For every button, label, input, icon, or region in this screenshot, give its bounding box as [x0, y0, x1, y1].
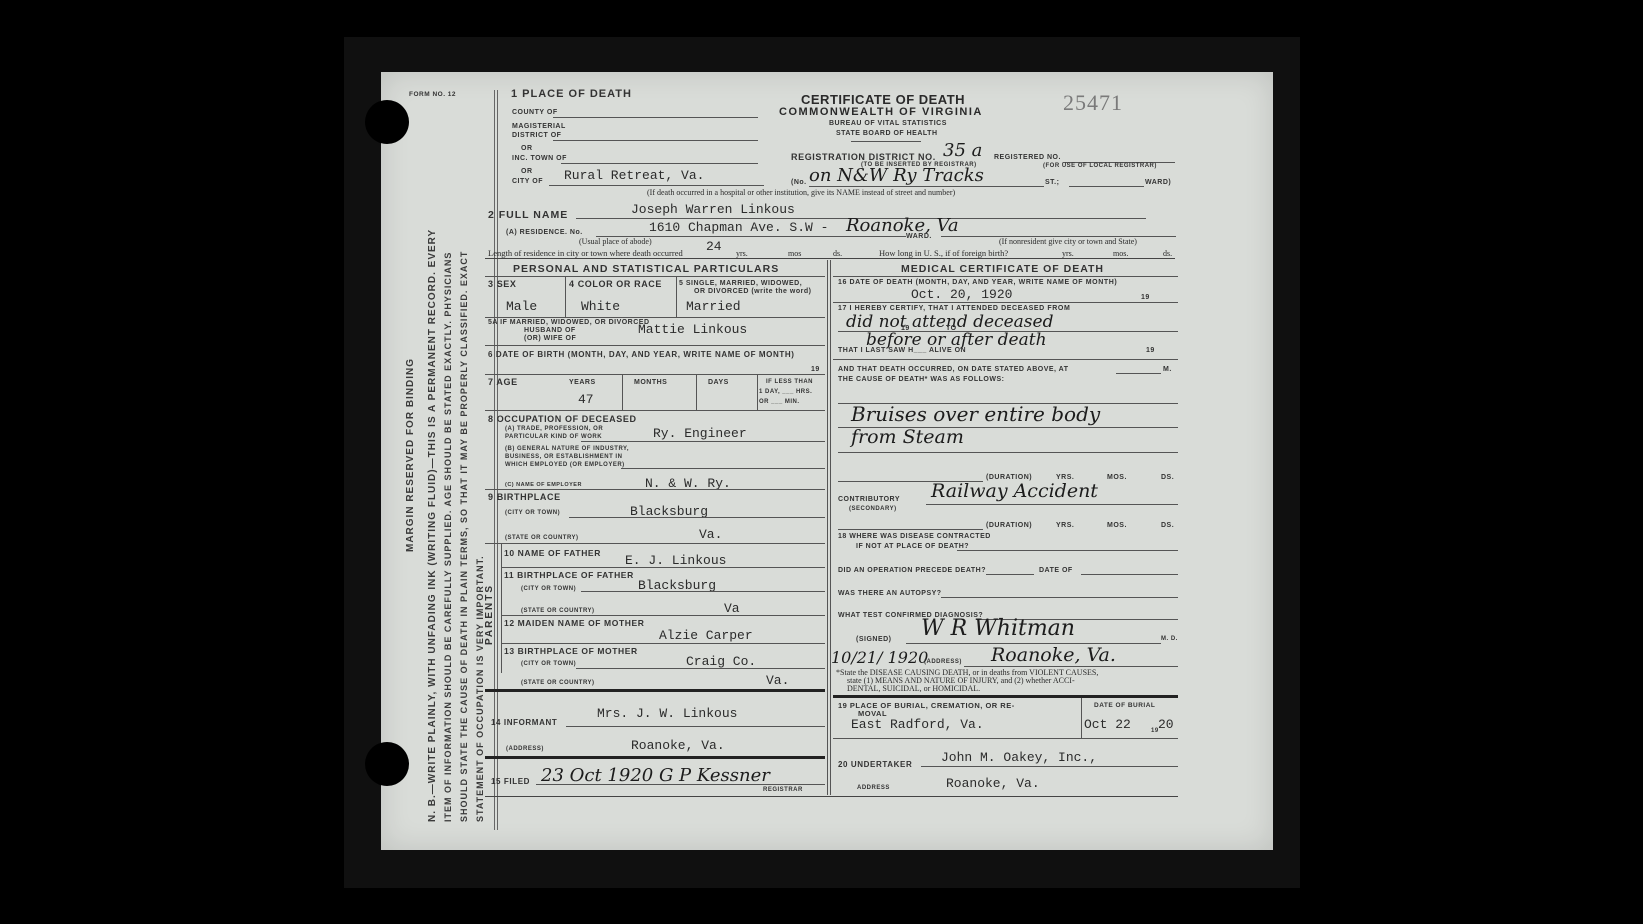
abode-note: (Usual place of abode) — [579, 237, 652, 246]
medical-heading: MEDICAL CERTIFICATE OF DEATH — [901, 263, 1104, 275]
dob-label: 6 DATE OF BIRTH (MONTH, DAY, AND YEAR, W… — [488, 350, 795, 359]
length-residence-label: Length of residence in city or town wher… — [488, 248, 683, 258]
sex-label: 3 SEX — [488, 279, 517, 289]
dod-19: 19 — [1141, 294, 1150, 301]
mos-label: MOS. — [1107, 522, 1127, 529]
column-divider — [827, 260, 828, 795]
date-of-death-value: Oct. 20, 1920 — [911, 287, 1012, 302]
column-divider — [830, 260, 831, 795]
mother-city-value: Craig Co. — [686, 654, 756, 669]
parents-divider — [501, 543, 502, 673]
or-label: OR — [521, 145, 533, 152]
cell-divider — [696, 374, 697, 410]
filed-label: 15 FILED — [491, 777, 530, 786]
occupation-line — [581, 441, 825, 442]
length-residence-years: 24 — [706, 239, 722, 254]
industry-line — [621, 468, 825, 469]
undertaker-label: 20 UNDERTAKER — [838, 760, 912, 769]
rule — [485, 374, 825, 375]
foreign-birth-label: How long in U. S., if of foreign birth? — [879, 248, 1008, 258]
cause-label: THE CAUSE OF DEATH* WAS AS FOLLOWS: — [838, 376, 1004, 383]
street-value: on N&W Ry Tracks — [809, 165, 984, 186]
father-label: 10 NAME OF FATHER — [504, 548, 601, 558]
autopsy-label: WAS THERE AN AUTOPSY? — [838, 590, 942, 597]
father-state-value: Va — [724, 601, 740, 616]
occupation-label: 8 OCCUPATION OF DECEASED — [488, 414, 637, 424]
board-label: STATE BOARD OF HEALTH — [836, 130, 938, 137]
years-label: YEARS — [569, 379, 596, 386]
or-label: OR — [521, 168, 533, 175]
place-of-death-heading: 1 PLACE OF DEATH — [511, 88, 632, 100]
burial-year-value: 20 — [1158, 717, 1174, 732]
cell-divider — [1081, 698, 1082, 738]
operation-line — [986, 574, 1034, 575]
district-label: DISTRICT OF — [512, 132, 561, 139]
rule — [501, 643, 825, 644]
address-line — [964, 666, 1178, 667]
birth-state-value: Va. — [699, 527, 722, 542]
rule — [485, 317, 825, 318]
physician-signature: W R Whitman — [921, 616, 1075, 641]
physician-address-label: (ADDRESS) — [924, 659, 962, 665]
rule — [833, 276, 1178, 277]
days-label: DAYS — [708, 379, 729, 386]
date-of-label: DATE OF — [1039, 567, 1073, 574]
informant-label: 14 INFORMANT — [491, 718, 557, 727]
state-country-label: (STATE OR COUNTRY) — [505, 535, 579, 541]
mos-label: mos — [788, 249, 801, 258]
signed-label: (SIGNED) — [856, 636, 892, 643]
certificate-subtitle: COMMONWEALTH OF VIRGINIA — [779, 106, 983, 118]
undertaker-address-value: Roanoke, Va. — [946, 776, 1040, 791]
occ-a-label-2: PARTICULAR KIND OF WORK — [505, 434, 602, 440]
marital-label-2: OR DIVORCED (write the word) — [694, 288, 811, 295]
ward-field-line — [1069, 186, 1144, 187]
st-label: ST.; — [1045, 179, 1059, 186]
personal-heading: PERSONAL AND STATISTICAL PARTICULARS — [513, 263, 779, 275]
cell-divider — [622, 374, 623, 410]
margin-instruction-2: ITEM OF INFORMATION SHOULD BE CAREFULLY … — [443, 252, 453, 822]
birthplace-label: 9 BIRTHPLACE — [488, 492, 561, 502]
binding-hole-top — [365, 100, 409, 144]
occurred-line — [1116, 373, 1161, 374]
cell-divider — [676, 276, 677, 318]
dob-year-prefix: 19 — [811, 366, 820, 373]
registrar-label: REGISTRAR — [763, 787, 803, 793]
yrs-label: YRS. — [1056, 522, 1074, 529]
m-label: M. — [1163, 366, 1172, 373]
state-country-label: (STATE OR COUNTRY) — [521, 608, 595, 614]
marital-value: Married — [686, 299, 741, 314]
nonresident-note: (If nonresident give city or town and St… — [999, 237, 1137, 246]
birth-city-line — [569, 517, 825, 518]
footnote-3: DENTAL, SUICIDAL, or HOMICIDAL. — [847, 684, 980, 693]
bureau-label: BUREAU OF VITAL STATISTICS — [829, 120, 947, 127]
header-rule — [851, 141, 921, 142]
last-saw-label: THAT I LAST SAW H___ ALIVE ON — [838, 347, 966, 354]
occ-b-label-3: WHICH EMPLOYED (OR EMPLOYER) — [505, 462, 625, 468]
us-ds-label: ds. — [1163, 249, 1172, 258]
months-label: MONTHS — [634, 379, 667, 386]
mother-state-value: Va. — [766, 673, 789, 688]
registered-no-note: (FOR USE OF LOCAL REGISTRAR) — [1043, 163, 1157, 169]
age-years-value: 47 — [578, 392, 594, 407]
cell-divider — [565, 276, 566, 318]
marital-label: 5 SINGLE, MARRIED, WIDOWED, — [679, 280, 802, 287]
operation-date-line — [1081, 574, 1178, 575]
rule — [485, 345, 825, 346]
death-certificate: FORM NO. 12 MARGIN RESERVED FOR BINDING … — [381, 72, 1273, 850]
employer-label: (C) NAME OF EMPLOYER — [505, 482, 582, 488]
autopsy-line — [941, 597, 1178, 598]
cause-hand-2: from Steam — [851, 426, 964, 448]
filed-value: 23 Oct 1920 G P Kessner — [541, 765, 770, 786]
inc-town-label: INC. TOWN OF — [512, 155, 567, 162]
ds-label: DS. — [1161, 474, 1174, 481]
rule — [485, 543, 825, 544]
city-town-label: (CITY OR TOWN) — [521, 586, 576, 592]
rule — [833, 302, 1178, 303]
occupation-value: Ry. Engineer — [653, 426, 747, 441]
occ-b-label-2: BUSINESS, OR ESTABLISHMENT IN — [505, 454, 622, 460]
certify-label: 17 I HEREBY CERTIFY, THAT I ATTENDED DEC… — [838, 305, 1070, 312]
duration-line — [838, 529, 983, 530]
cell-divider — [757, 374, 758, 410]
rule — [833, 359, 1178, 360]
mother-value: Alzie Carper — [659, 628, 753, 643]
where-contracted-label-2: IF NOT AT PLACE OF DEATH? — [856, 543, 969, 550]
rule — [501, 615, 825, 616]
race-label: 4 COLOR OR RACE — [569, 279, 662, 289]
margin-instruction-3: SHOULD STATE THE CAUSE OF DEATH IN PLAIN… — [459, 251, 469, 822]
city-town-label: (CITY OR TOWN) — [521, 661, 576, 667]
city-field-line — [549, 185, 764, 186]
rule — [833, 738, 1178, 739]
us-yrs-label: yrs. — [1062, 249, 1074, 258]
spouse-label: 5A IF MARRIED, WIDOWED, OR DIVORCED — [488, 319, 650, 326]
wife-of-label: (OR) WIFE OF — [524, 335, 576, 342]
institution-note: (If death occurred in a hospital or othe… — [647, 188, 955, 197]
rule — [485, 489, 825, 490]
filed-line — [536, 784, 825, 785]
mother-city-line — [576, 668, 825, 669]
full-name-label: 2 FULL NAME — [488, 209, 568, 221]
informant-value: Mrs. J. W. Linkous — [597, 706, 737, 721]
less-than-min: OR ___ MIN. — [759, 399, 800, 405]
duration-label: (DURATION) — [986, 522, 1032, 529]
ds-label: ds. — [833, 249, 842, 258]
certificate-number: 25471 — [1063, 90, 1123, 116]
father-birthplace-label: 11 BIRTHPLACE OF FATHER — [504, 570, 634, 580]
father-value: E. J. Linkous — [625, 553, 726, 568]
magisterial-label: MAGISTERIAL — [512, 123, 566, 130]
ward-label: WARD) — [1145, 179, 1171, 186]
yrs-label: yrs. — [736, 249, 748, 258]
residence-label: (A) RESIDENCE. No. — [506, 229, 583, 236]
county-field-line — [553, 117, 758, 118]
physician-address: Roanoke, Va. — [991, 644, 1116, 666]
full-name-value: Joseph Warren Linkous — [631, 202, 795, 217]
section-thick-rule — [485, 756, 825, 759]
md-label: M. D. — [1161, 636, 1178, 642]
secondary-label: (SECONDARY) — [849, 506, 897, 512]
undertaker-value: John M. Oakey, Inc., — [941, 750, 1097, 765]
state-country-label: (STATE OR COUNTRY) — [521, 680, 595, 686]
contributory-line — [926, 504, 1178, 505]
city-value: Rural Retreat, Va. — [564, 168, 704, 183]
street-field-line — [809, 186, 1044, 187]
sex-value: Male — [506, 299, 537, 314]
district-field-line — [553, 140, 758, 141]
ward-label: WARD. — [906, 233, 932, 240]
age-label: 7 AGE — [488, 377, 518, 387]
city-town-label: (CITY OR TOWN) — [505, 510, 560, 516]
section-thick-rule — [485, 689, 825, 692]
form-number: FORM NO. 12 — [409, 91, 456, 98]
us-mos-label: mos. — [1113, 249, 1128, 258]
where-contracted-label: 18 WHERE WAS DISEASE CONTRACTED — [838, 533, 991, 540]
city-label: CITY OF — [512, 178, 543, 185]
binding-hole-bottom — [365, 742, 409, 786]
occ-a-label: (A) TRADE, PROFESSION, OR — [505, 426, 603, 432]
father-city-line — [581, 591, 825, 592]
registration-district-value: 35 a — [943, 140, 982, 161]
burial-date-value: Oct 22 — [1084, 717, 1131, 732]
residence-value: 1610 Chapman Ave. S.W - — [649, 220, 828, 235]
cause-hand-1: Bruises over entire body — [851, 402, 1100, 426]
contributory-label: CONTRIBUTORY — [838, 496, 900, 503]
registered-no-label: REGISTERED NO. — [994, 154, 1061, 161]
rule — [485, 276, 825, 277]
mother-birthplace-label: 13 BIRTHPLACE OF MOTHER — [504, 646, 638, 656]
husband-of-label: HUSBAND OF — [524, 327, 576, 334]
undertaker-address-label: ADDRESS — [857, 785, 890, 791]
informant-address-value: Roanoke, Va. — [631, 738, 725, 753]
residence-city-hand: Roanoke, Va — [846, 215, 959, 236]
street-no-label: (No. — [791, 179, 807, 186]
operation-label: DID AN OPERATION PRECEDE DEATH? — [838, 567, 986, 574]
rule — [485, 410, 825, 411]
county-label: COUNTY OF — [512, 109, 558, 116]
where-contracted-line — [957, 550, 1178, 551]
section-thick-rule — [833, 695, 1178, 698]
informant-line — [566, 726, 825, 727]
contributory-hand: Railway Accident — [931, 480, 1098, 502]
rule — [501, 567, 825, 568]
mos-label: MOS. — [1107, 474, 1127, 481]
burial-place-value: East Radford, Va. — [851, 717, 984, 732]
race-value: White — [581, 299, 620, 314]
margin-instruction-1: N. B.—WRITE PLAINLY, WITH UNFADING INK (… — [427, 229, 438, 822]
less-than-label: IF LESS THAN — [766, 379, 813, 385]
mother-label: 12 MAIDEN NAME OF MOTHER — [504, 618, 645, 628]
bottom-rule — [485, 796, 1178, 797]
section-rule — [485, 258, 1175, 259]
registration-district-label: REGISTRATION DISTRICT NO. — [791, 152, 936, 162]
certificate-title: CERTIFICATE OF DEATH — [801, 92, 965, 107]
occ-b-label: (B) GENERAL NATURE OF INDUSTRY, — [505, 446, 629, 452]
burial-date-label: DATE OF BURIAL — [1094, 702, 1155, 709]
cause-line-3 — [838, 452, 1178, 453]
informant-address-label: (ADDRESS) — [506, 746, 544, 752]
spouse-value: Mattie Linkous — [638, 322, 747, 337]
last-19: 19 — [1146, 347, 1155, 354]
signature-date: 10/21/ 1920 — [831, 648, 928, 667]
inc-town-field-line — [561, 163, 758, 164]
date-of-death-label: 16 DATE OF DEATH (MONTH, DAY, AND YEAR, … — [838, 279, 1117, 286]
ds-label: DS. — [1161, 522, 1174, 529]
margin-binding-note: MARGIN RESERVED FOR BINDING — [405, 358, 416, 552]
parents-label: PARENTS — [484, 584, 495, 645]
less-than-hrs: 1 DAY, ___ HRS. — [759, 389, 812, 395]
undertaker-line — [921, 766, 1178, 767]
occurred-label: AND THAT DEATH OCCURRED, ON DATE STATED … — [838, 366, 1068, 373]
